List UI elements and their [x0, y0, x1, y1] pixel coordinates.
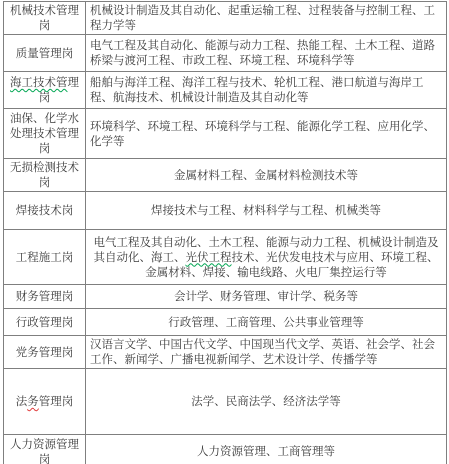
text-run: 法	[16, 394, 28, 408]
text-run: 法学、民商法学、经济法学等	[191, 394, 341, 408]
text-run: 汉语言文学、中国古代文学、中国现当代文学、英语、社会学、社会工作、新闻学、广播电…	[90, 337, 435, 366]
table-row: 海工技术管理岗船舶与海洋工程、海洋工程与技术、轮机工程、港口航道与海岸工程、航海…	[4, 72, 447, 109]
spellcheck-squiggle-text: 海工技术管	[10, 75, 68, 89]
position-cell: 机械技术管理岗	[4, 2, 86, 35]
majors-cell: 焊接技术与工程、材料科学与工程、机械类等	[86, 192, 447, 230]
text-run: 人力资源管理、工商管理等	[197, 444, 335, 458]
majors-cell: 电气工程及其自动化、土木工程、能源与动力工程、机械设计制造及其自动化、海工、光伏…	[86, 230, 447, 285]
text-run: 管理岗	[39, 394, 74, 408]
text-run: 环境科学、环境工程、环境科学与工程、能源化学工程、应用化学、化学等	[90, 119, 435, 148]
table-row: 焊接技术岗焊接技术与工程、材料科学与工程、机械类等	[4, 192, 447, 230]
text-run: 行政管理岗	[16, 315, 74, 329]
text-run: 行政管理、工商管理、公共事业管理等	[168, 315, 364, 329]
majors-cell: 机械设计制造及其自动化、起重运输工程、过程装备与控制工程、工程力学等	[86, 2, 447, 35]
spellcheck-squiggle-text: 光伏工程	[186, 250, 232, 264]
majors-cell: 金属材料工程、金属材料检测技术等	[86, 159, 447, 192]
table-row: 法务管理岗法学、民商法学、经济法学等	[4, 369, 447, 435]
text-run: 无损检测技术岗	[10, 160, 79, 189]
majors-cell: 人力资源管理、工商管理等	[86, 435, 447, 464]
table-row: 油保、化学水处理技术管理岗环境科学、环境工程、环境科学与工程、能源化学工程、应用…	[4, 109, 447, 159]
text-run: 电气工程及其自动化、能源与动力工程、热能工程、土木工程、道路桥梁与渡河工程、市政…	[90, 38, 435, 67]
text-run: 焊接技术岗	[16, 203, 74, 217]
position-cell: 海工技术管理岗	[4, 72, 86, 109]
majors-cell: 行政管理、工商管理、公共事业管理等	[86, 309, 447, 336]
text-run: 财务管理岗	[16, 289, 74, 303]
majors-cell: 会计学、财务管理、审计学、税务等	[86, 285, 447, 309]
position-cell: 法务管理岗	[4, 369, 86, 435]
position-cell: 焊接技术岗	[4, 192, 86, 230]
text-run: 机械设计制造及其自动化、起重运输工程、过程装备与控制工程、工程力学等	[90, 3, 435, 32]
majors-cell: 船舶与海洋工程、海洋工程与技术、轮机工程、港口航道与海岸工程、航海技术、机械设计…	[86, 72, 447, 109]
text-run: 会计学、财务管理、审计学、税务等	[174, 289, 358, 303]
position-cell: 财务管理岗	[4, 285, 86, 309]
table-row: 机械技术管理岗机械设计制造及其自动化、起重运输工程、过程装备与控制工程、工程力学…	[4, 2, 447, 35]
table-row: 无损检测技术岗金属材料工程、金属材料检测技术等	[4, 159, 447, 192]
text-run: 人力资源管理岗	[10, 437, 79, 464]
position-cell: 油保、化学水处理技术管理岗	[4, 109, 86, 159]
text-run: 机械技术管理岗	[10, 3, 79, 32]
text-run: 油保、化学水处理技术管理岗	[10, 111, 79, 155]
position-cell: 工程施工岗	[4, 230, 86, 285]
document-page: 机械技术管理岗机械设计制造及其自动化、起重运输工程、过程装备与控制工程、工程力学…	[0, 0, 449, 464]
text-run: 党务管理岗	[16, 345, 74, 359]
table-row: 质量管理岗电气工程及其自动化、能源与动力工程、热能工程、土木工程、道路桥梁与渡河…	[4, 35, 447, 72]
text-run: 质量管理岗	[16, 46, 74, 60]
position-cell: 无损检测技术岗	[4, 159, 86, 192]
table-row: 财务管理岗会计学、财务管理、审计学、税务等	[4, 285, 447, 309]
table-row: 人力资源管理岗人力资源管理、工商管理等	[4, 435, 447, 464]
position-majors-table-body: 机械技术管理岗机械设计制造及其自动化、起重运输工程、过程装备与控制工程、工程力学…	[4, 2, 447, 464]
spellcheck-squiggle-text: 务	[27, 394, 39, 408]
table-row: 行政管理岗行政管理、工商管理、公共事业管理等	[4, 309, 447, 336]
majors-cell: 电气工程及其自动化、能源与动力工程、热能工程、土木工程、道路桥梁与渡河工程、市政…	[86, 35, 447, 72]
position-cell: 质量管理岗	[4, 35, 86, 72]
table-row: 党务管理岗汉语言文学、中国古代文学、中国现当代文学、英语、社会学、社会工作、新闻…	[4, 336, 447, 369]
majors-cell: 环境科学、环境工程、环境科学与工程、能源化学工程、应用化学、化学等	[86, 109, 447, 159]
majors-cell: 法学、民商法学、经济法学等	[86, 369, 447, 435]
position-cell: 行政管理岗	[4, 309, 86, 336]
text-run: 焊接技术与工程、材料科学与工程、机械类等	[151, 203, 381, 217]
majors-cell: 汉语言文学、中国古代文学、中国现当代文学、英语、社会学、社会工作、新闻学、广播电…	[86, 336, 447, 369]
position-cell: 人力资源管理岗	[4, 435, 86, 464]
text-run: 金属材料工程、金属材料检测技术等	[174, 168, 358, 182]
position-majors-table: 机械技术管理岗机械设计制造及其自动化、起重运输工程、过程装备与控制工程、工程力学…	[3, 1, 447, 464]
text-run: 工程施工岗	[16, 250, 74, 264]
table-row: 工程施工岗电气工程及其自动化、土木工程、能源与动力工程、机械设计制造及其自动化、…	[4, 230, 447, 285]
text-run: 船舶与海洋工程、海洋工程与技术、轮机工程、港口航道与海岸工程、航海技术、机械设计…	[90, 75, 424, 104]
position-cell: 党务管理岗	[4, 336, 86, 369]
